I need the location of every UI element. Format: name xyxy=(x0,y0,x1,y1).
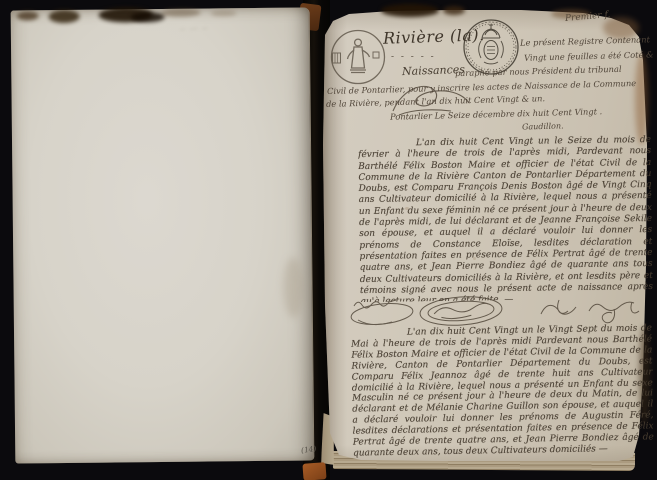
fiscal-stamp-icon xyxy=(329,28,387,86)
edge-stain xyxy=(381,4,439,17)
edge-streak xyxy=(635,53,648,145)
ink-bleedthrough: ~ ⁓ ~ xyxy=(179,24,209,35)
signature-right-a xyxy=(541,300,576,314)
page-title: Rivière (la). xyxy=(383,25,485,48)
edge-stain xyxy=(49,10,80,23)
edge-stain xyxy=(17,11,39,20)
scanned-register-spread: ~ ⁓ ~ xyxy=(0,0,657,480)
signature-center xyxy=(419,294,503,328)
title-underline: - - - - - xyxy=(391,52,436,62)
edge-stain xyxy=(443,6,465,15)
right-manuscript-page: Premier f. Rivière (la). - - - - - Naiss… xyxy=(321,5,655,475)
gutter-shadow-stain xyxy=(283,258,304,318)
edge-stain xyxy=(131,12,165,22)
birth-act-1: L'an dix huit Cent Vingt un le Seize du … xyxy=(358,135,653,302)
president-signature: Gaudillon. xyxy=(522,121,564,131)
edge-stain xyxy=(211,10,237,16)
left-blank-page: ~ ⁓ ~ xyxy=(11,7,314,463)
birth-act-2: L'an dix huit Cent Vingt un le Vingt Sep… xyxy=(351,323,654,462)
binding-leather-bottom xyxy=(302,462,326,480)
signature-right-b xyxy=(589,302,639,323)
edge-stain xyxy=(161,9,201,17)
